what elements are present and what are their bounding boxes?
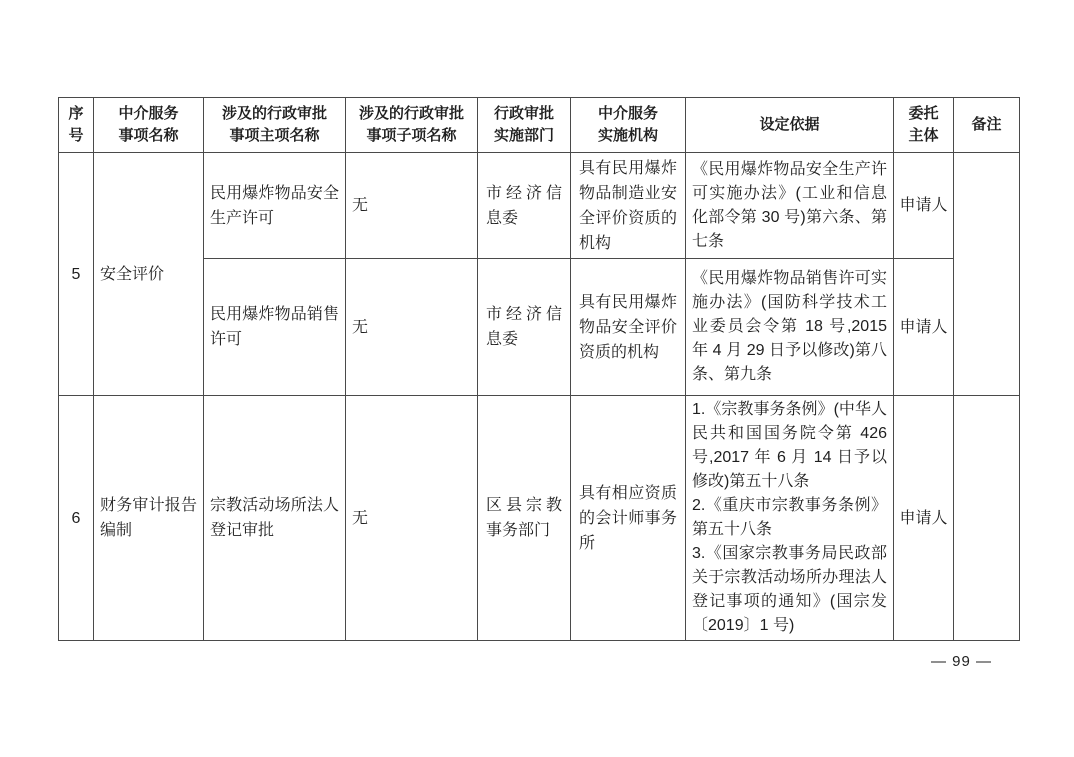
cell-row6-basis: 1.《宗教事务条例》(中华人民共和国国务院令第 426 号,2017 年 6 月… — [686, 396, 894, 641]
cell-row5-sub2-principal: 申请人 — [894, 259, 954, 396]
basis-item-2: 2.《重庆市宗教事务条例》第五十八条 — [692, 494, 887, 542]
cell-row5-sub1-service-agency: 具有民用爆炸物品制造业安全评价资质的机构 — [571, 153, 686, 259]
cell-row5-sub2-approval-dept: 市经济信息委 — [478, 259, 571, 396]
header-service-agency: 中介服务 实施机构 — [571, 98, 686, 153]
cell-row5-seq: 5 — [59, 153, 94, 396]
header-seq: 序 号 — [59, 98, 94, 153]
header-remark: 备注 — [954, 98, 1020, 153]
basis-item-3: 3.《国家宗教事务局民政部关于宗教活动场所办理法人登记事项的通知》(国宗发〔20… — [692, 542, 887, 638]
cell-row6-principal: 申请人 — [894, 396, 954, 641]
cell-row5-sub1-approval-main: 民用爆炸物品安全生产许可 — [204, 153, 346, 259]
header-approval-dept: 行政审批 实施部门 — [478, 98, 571, 153]
cell-row5-sub1-approval-dept: 市经济信息委 — [478, 153, 571, 259]
header-approval-main: 涉及的行政审批 事项主项名称 — [204, 98, 346, 153]
header-service-name: 中介服务 事项名称 — [94, 98, 204, 153]
intermediary-services-table: 序 号 中介服务 事项名称 涉及的行政审批 事项主项名称 涉及的行政审批 事项子… — [58, 97, 1020, 641]
table-row-5-sub-1: 5 安全评价 民用爆炸物品安全生产许可 无 市经济信息委 具有民用爆炸物品制造业… — [59, 153, 1020, 259]
cell-row5-service-name: 安全评价 — [94, 153, 204, 396]
cell-row5-remark — [954, 153, 1020, 396]
cell-row5-sub2-basis: 《民用爆炸物品销售许可实施办法》(国防科学技术工业委员会令第 18 号,2015… — [686, 259, 894, 396]
header-basis: 设定依据 — [686, 98, 894, 153]
cell-row6-remark — [954, 396, 1020, 641]
cell-row6-approval-sub: 无 — [346, 396, 478, 641]
cell-row6-approval-main: 宗教活动场所法人登记审批 — [204, 396, 346, 641]
table-row-5-sub-2: 民用爆炸物品销售许可 无 市经济信息委 具有民用爆炸物品安全评价资质的机构 《民… — [59, 259, 1020, 396]
cell-row5-sub1-approval-sub: 无 — [346, 153, 478, 259]
table-header-row: 序 号 中介服务 事项名称 涉及的行政审批 事项主项名称 涉及的行政审批 事项子… — [59, 98, 1020, 153]
cell-row5-sub1-basis: 《民用爆炸物品安全生产许可实施办法》(工业和信息化部令第 30 号)第六条、第七… — [686, 153, 894, 259]
cell-row5-sub2-service-agency: 具有民用爆炸物品安全评价资质的机构 — [571, 259, 686, 396]
table-row-6: 6 财务审计报告编制 宗教活动场所法人登记审批 无 区县宗教事务部门 具有相应资… — [59, 396, 1020, 641]
cell-row5-sub2-approval-sub: 无 — [346, 259, 478, 396]
cell-row5-sub1-principal: 申请人 — [894, 153, 954, 259]
cell-row6-service-agency: 具有相应资质的会计师事务所 — [571, 396, 686, 641]
cell-row6-seq: 6 — [59, 396, 94, 641]
page-number: — 99 — — [931, 653, 992, 670]
cell-row5-sub2-approval-main: 民用爆炸物品销售许可 — [204, 259, 346, 396]
header-principal: 委托 主体 — [894, 98, 954, 153]
cell-row6-service-name: 财务审计报告编制 — [94, 396, 204, 641]
cell-row6-approval-dept: 区县宗教事务部门 — [478, 396, 571, 641]
header-approval-sub: 涉及的行政审批 事项子项名称 — [346, 98, 478, 153]
basis-item-1: 1.《宗教事务条例》(中华人民共和国国务院令第 426 号,2017 年 6 月… — [692, 398, 887, 494]
